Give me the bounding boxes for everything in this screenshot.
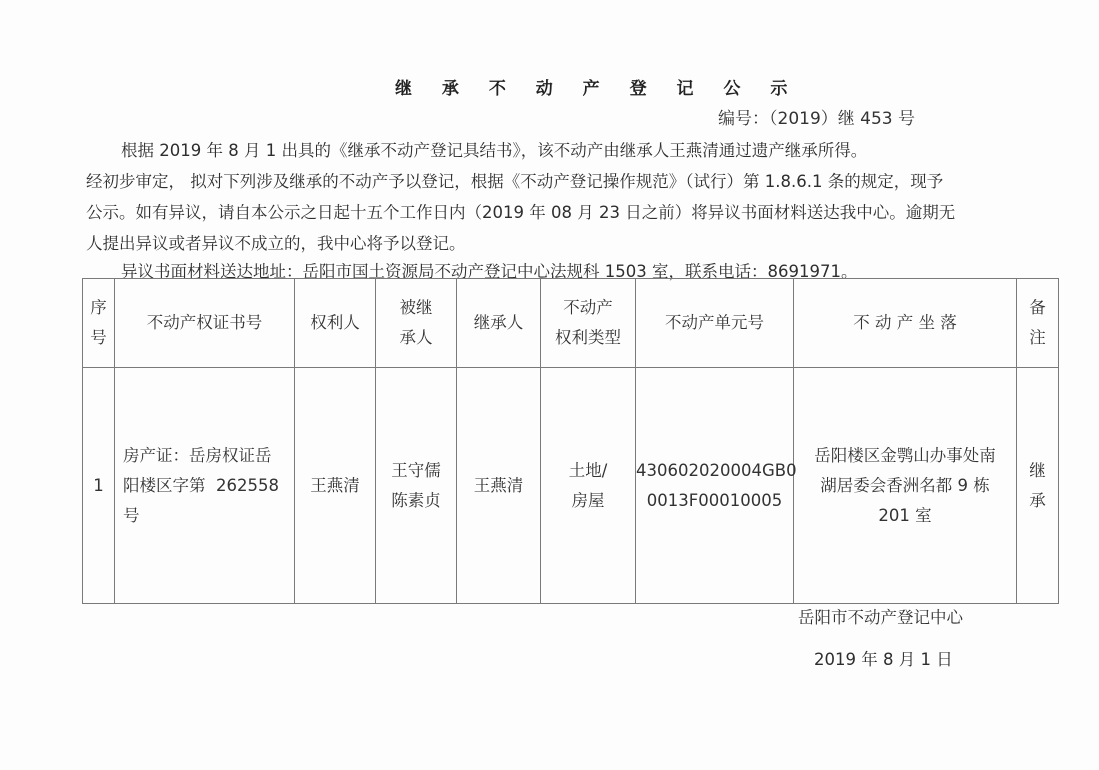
paragraph-review-line1: 经初步审定， 拟对下列涉及继承的不动产予以登记，根据《不动产登记操作规范》（试行… bbox=[86, 168, 943, 192]
header-seq: 序 号 bbox=[83, 279, 115, 368]
cell-right-type: 土地/ 房屋 bbox=[541, 368, 636, 604]
paragraph-intro: 根据 2019 年 8 月 1 出具的《继承不动产登记具结书》，该不动产由继承人… bbox=[121, 137, 867, 161]
paragraph-review-line2: 公示。如有异议，请自本公示之日起十五个工作日内（2019 年 08 月 23 日… bbox=[86, 199, 955, 223]
cell-heir: 王燕清 bbox=[457, 368, 541, 604]
table-row: 1 房产证：岳房权证岳 阳楼区字第 262558 号 王燕清 王守儒 陈素贞 王… bbox=[83, 368, 1059, 604]
header-heir: 继承人 bbox=[457, 279, 541, 368]
header-remark: 备 注 bbox=[1017, 279, 1059, 368]
cell-decedent: 王守儒 陈素贞 bbox=[376, 368, 457, 604]
header-cert-no: 不动产权证书号 bbox=[115, 279, 295, 368]
property-table: 序 号 不动产权证书号 权利人 被继 承人 继承人 不动产 权利类型 不动产单元… bbox=[82, 278, 1059, 604]
table-header-row: 序 号 不动产权证书号 权利人 被继 承人 继承人 不动产 权利类型 不动产单元… bbox=[83, 279, 1059, 368]
header-location: 不 动 产 坐 落 bbox=[794, 279, 1017, 368]
cell-seq: 1 bbox=[83, 368, 115, 604]
issuer-signature: 岳阳市不动产登记中心 bbox=[798, 604, 963, 628]
header-right-type: 不动产 权利类型 bbox=[541, 279, 636, 368]
header-right-holder: 权利人 bbox=[295, 279, 376, 368]
cell-right-holder: 王燕清 bbox=[295, 368, 376, 604]
cell-cert-no: 房产证：岳房权证岳 阳楼区字第 262558 号 bbox=[115, 368, 295, 604]
issue-date: 2019 年 8 月 1 日 bbox=[814, 646, 953, 670]
document-number: 编号：（2019）继 453 号 bbox=[718, 104, 915, 129]
cell-unit-no: 430602020004GB0 0013F00010005 bbox=[636, 368, 794, 604]
cell-location: 岳阳楼区金鹗山办事处南 湖居委会香洲名都 9 栋 201 室 bbox=[794, 368, 1017, 604]
cell-remark: 继 承 bbox=[1017, 368, 1059, 604]
paragraph-review-line3: 人提出异议或者异议不成立的，我中心将予以登记。 bbox=[86, 230, 466, 254]
document-title: 继 承 不 动 产 登 记 公 示 bbox=[395, 74, 799, 99]
header-unit-no: 不动产单元号 bbox=[636, 279, 794, 368]
header-decedent: 被继 承人 bbox=[376, 279, 457, 368]
